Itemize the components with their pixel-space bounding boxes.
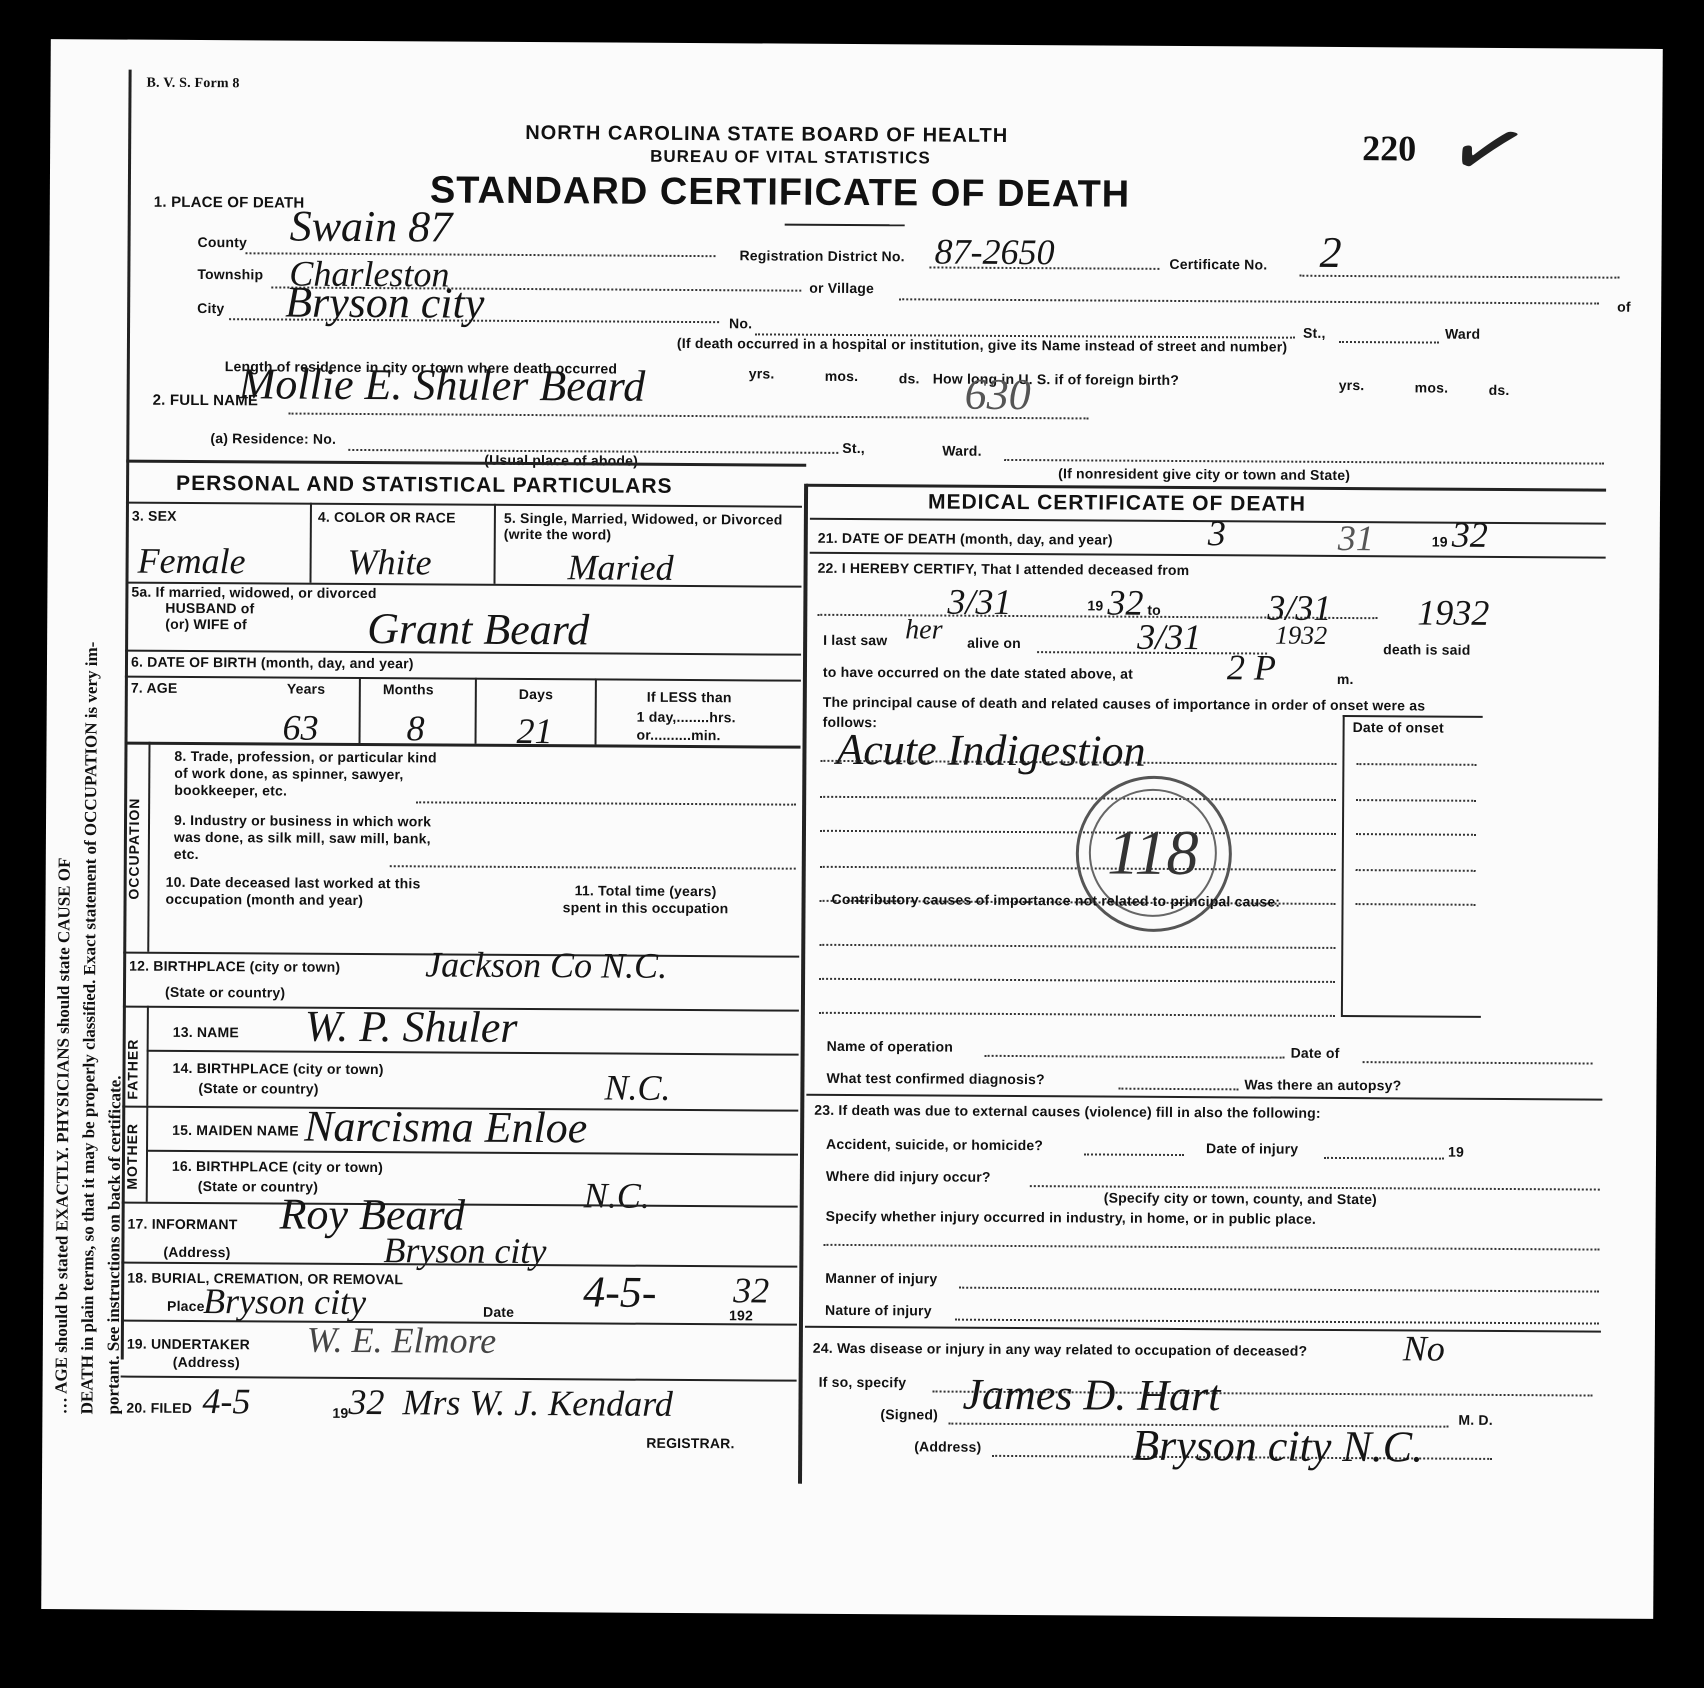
- marital-label: 5. Single, Married, Widowed, or Divorced…: [504, 510, 794, 544]
- full-name-code: 630: [965, 369, 1031, 420]
- onset-line-2: [1356, 799, 1476, 802]
- operation-date-label: Date of: [1291, 1045, 1340, 1061]
- last-saw-pronoun: her: [905, 614, 943, 646]
- section-rule-right: [806, 484, 1606, 492]
- external-causes-label: 23. If death was due to external causes …: [814, 1102, 1321, 1121]
- contrib-line-3: [819, 1012, 1335, 1017]
- burial-date-label: Date: [483, 1304, 514, 1320]
- birthplace-label: 12. BIRTHPLACE (city or town): [129, 958, 340, 975]
- date-of-death-day: 31: [1338, 517, 1374, 559]
- onset-line-1: [1356, 763, 1476, 766]
- section-rule-left: [126, 460, 806, 467]
- signed-label: (Signed): [880, 1406, 938, 1422]
- margin-instructions: … AGE should be stated EXACTLY. PHYSICIA…: [48, 641, 131, 1414]
- personal-section-header: PERSONAL AND STATISTICAL PARTICULARS: [176, 472, 673, 499]
- row-rule-23: [805, 1326, 1601, 1333]
- last-saw-year: 1932: [1275, 621, 1327, 651]
- ward-label: Ward: [1445, 326, 1480, 342]
- mother-vertical-label: MOTHER: [124, 1123, 140, 1190]
- attended-to-year: 1932: [1417, 591, 1489, 633]
- row-rule-6: [125, 676, 801, 682]
- page-title: STANDARD CERTIFICATE OF DEATH: [430, 169, 1131, 216]
- marital-value: Maried: [567, 546, 673, 589]
- date-of-death-year: 32: [1452, 514, 1488, 556]
- check-mark-icon: ✓: [1434, 88, 1541, 213]
- attended-from: 3/31: [947, 581, 1011, 623]
- accident-line: [1084, 1153, 1184, 1156]
- injury-date-line: [1324, 1157, 1444, 1160]
- onset-line-5: [1356, 903, 1476, 906]
- date-of-death-month: 3: [1208, 512, 1226, 554]
- father-side-rule: [146, 1006, 149, 1106]
- manner-label: Manner of injury: [825, 1270, 937, 1287]
- birthplace-state-label: (State or country): [165, 984, 285, 1001]
- death-certificate-document: … AGE should be stated EXACTLY. PHYSICIA…: [41, 39, 1663, 1619]
- cause-line-2: [820, 796, 1336, 801]
- age-less-day: 1 day,........hrs.: [637, 709, 736, 726]
- nature-line: [955, 1319, 1599, 1325]
- age-days-label: Days: [519, 686, 553, 702]
- injury-year-prefix: 19: [1448, 1144, 1464, 1160]
- father-name-label: 13. NAME: [173, 1024, 239, 1040]
- operation-label: Name of operation: [827, 1038, 953, 1055]
- burial-place-label: Place: [167, 1298, 205, 1314]
- operation-line: [985, 1055, 1285, 1059]
- mother-maiden-label: 15. MAIDEN NAME: [172, 1122, 299, 1139]
- form-id: B. V. S. Form 8: [146, 76, 239, 93]
- onset-col-rule: [1341, 715, 1345, 1015]
- autopsy-label: Was there an autopsy?: [1244, 1076, 1401, 1093]
- agency-name: NORTH CAROLINA STATE BOARD OF HEALTH: [525, 122, 1008, 148]
- residence-mos-label: mos.: [825, 368, 859, 384]
- if-so-label: If so, specify: [819, 1374, 907, 1391]
- test-line: [1118, 1088, 1238, 1091]
- undertaker-label: 19. UNDERTAKER: [127, 1336, 250, 1353]
- medical-section-header: MEDICAL CERTIFICATE OF DEATH: [928, 490, 1306, 516]
- birthplace-value: Jackson Co N.C.: [425, 943, 667, 986]
- date-of-onset-label: Date of onset: [1353, 719, 1444, 736]
- certify-label: 22. I HEREBY CERTIFY, That I attended de…: [818, 560, 1190, 578]
- race-col-rule: [493, 504, 495, 584]
- registration-district-label: Registration District No.: [739, 247, 904, 264]
- page-number: 220: [1362, 127, 1416, 169]
- injury-specify-label: Specify whether injury occurred in indus…: [826, 1208, 1317, 1227]
- foreign-mos-label: mos.: [1415, 379, 1449, 395]
- nonresident-note: (If nonresident give city or town and St…: [1058, 465, 1350, 483]
- spouse-label-3: (or) WIFE of: [165, 616, 247, 632]
- onset-line-3: [1356, 833, 1476, 836]
- attended-from-year-prefix: 19: [1087, 597, 1103, 613]
- dob-label: 6. DATE OF BIRTH (month, day, and year): [131, 654, 414, 672]
- sex-value: Female: [137, 540, 245, 583]
- principal-cause-value: Acute Indigestion: [836, 724, 1145, 777]
- occupation-side-rule: [147, 742, 150, 952]
- date-of-death-year-prefix: 19: [1432, 534, 1448, 550]
- mother-maiden-value: Narcisma Enloe: [304, 1101, 587, 1154]
- contrib-line-2: [819, 978, 1335, 983]
- test-label: What test confirmed diagnosis?: [826, 1070, 1044, 1087]
- filed-year-value: 32: [348, 1381, 384, 1423]
- mother-birthplace-value: N.C.: [584, 1174, 650, 1216]
- operation-date-line: [1363, 1061, 1593, 1064]
- registration-district-value: 87-2650: [934, 230, 1054, 273]
- total-time-label: 11. Total time (years) spent in this occ…: [555, 882, 735, 917]
- burial-date-value: 4-5-: [583, 1266, 657, 1317]
- last-worked-label: 10. Date deceased last worked at this oc…: [166, 874, 436, 910]
- time-value: 2 P: [1227, 646, 1276, 688]
- residence-ds-label: ds.: [899, 370, 920, 386]
- accident-label: Accident, suicide, or homicide?: [826, 1136, 1043, 1153]
- last-saw-date: 3/31: [1137, 616, 1201, 658]
- father-birthplace-state-label: (State or country): [198, 1080, 318, 1097]
- of-label: of: [1617, 299, 1631, 315]
- last-saw-label: I last saw: [823, 632, 887, 648]
- residence-yrs-label: yrs.: [749, 365, 775, 381]
- place-of-death-label: 1. PLACE OF DEATH: [154, 194, 305, 212]
- county-value: Swain 87: [290, 201, 453, 253]
- injury-where-label: Where did injury occur?: [826, 1168, 991, 1185]
- contributory-label: Contributory causes of importance not re…: [832, 890, 1352, 911]
- burial-place-value: Bryson city: [203, 1280, 366, 1323]
- trade-label: 8. Trade, profession, or particular kind…: [174, 748, 454, 801]
- village-line: [899, 298, 1599, 304]
- city-value: Bryson city: [285, 277, 484, 329]
- mother-side-rule: [146, 1106, 149, 1202]
- injury-where-note: (Specify city or town, county, and State…: [1104, 1190, 1377, 1208]
- title-underline: [785, 224, 905, 227]
- physician-signature: James D. Hart: [962, 1369, 1220, 1422]
- industry-label: 9. Industry or business in which work wa…: [174, 812, 444, 865]
- filed-date-value: 4-5: [202, 1380, 250, 1422]
- sex-col-rule: [309, 503, 311, 583]
- md-label: M. D.: [1458, 1412, 1493, 1428]
- manner-line: [959, 1287, 1599, 1293]
- burial-year-value: 32: [733, 1269, 769, 1311]
- registrar-signature: Mrs W. J. Kendard: [402, 1381, 673, 1425]
- certificate-no-value: 2: [1319, 227, 1341, 278]
- spouse-label-2: HUSBAND of: [165, 600, 254, 617]
- sex-label: 3. SEX: [132, 508, 177, 524]
- contrib-line-1: [819, 944, 1335, 949]
- filed-year-prefix: 19: [332, 1405, 348, 1421]
- center-divider: [798, 484, 808, 1484]
- occurred-at-label: to have occurred on the date stated abov…: [823, 664, 1133, 682]
- county-label: County: [198, 234, 248, 250]
- industry-line: [390, 865, 796, 869]
- physician-address-value: Bryson city N.C.: [1132, 1420, 1423, 1473]
- injury-date-label: Date of injury: [1206, 1140, 1298, 1157]
- street-no-label: No.: [729, 315, 752, 331]
- onset-line-4: [1356, 869, 1476, 872]
- township-label: Township: [197, 266, 263, 282]
- residence-ward-label: Ward.: [942, 443, 981, 459]
- nature-label: Nature of injury: [825, 1302, 932, 1319]
- race-value: White: [347, 541, 431, 584]
- informant-address-label: (Address): [163, 1244, 230, 1260]
- full-name-value: Mollie E. Shuler Beard: [239, 358, 646, 411]
- onset-col-bottom: [1341, 1015, 1481, 1018]
- city-label: City: [197, 300, 224, 316]
- age-col-1: [359, 677, 361, 743]
- or-village-label: or Village: [809, 280, 874, 296]
- father-birthplace-value: N.C.: [604, 1066, 670, 1108]
- alive-on-label: alive on: [967, 635, 1021, 651]
- death-said-label: death is said: [1383, 641, 1471, 658]
- physician-address-label: (Address): [914, 1438, 981, 1454]
- certificate-line: [1299, 275, 1619, 279]
- father-vertical-label: FATHER: [124, 1039, 140, 1100]
- residence-ward-line: [1004, 459, 1604, 465]
- undertaker-value: W. E. Elmore: [307, 1319, 497, 1362]
- mother-birthplace-label: 16. BIRTHPLACE (city or town): [172, 1158, 383, 1175]
- age-col-3: [595, 678, 597, 744]
- age-label: 7. AGE: [131, 680, 178, 696]
- foreign-yrs-label: yrs.: [1339, 377, 1365, 393]
- ward-line: [1339, 341, 1439, 344]
- age-less-min: or..........min.: [637, 727, 721, 744]
- filed-label: 20. FILED: [126, 1400, 192, 1416]
- foreign-ds-label: ds.: [1489, 382, 1510, 398]
- registrar-label: REGISTRAR.: [646, 1435, 734, 1452]
- residence-st-label: St.,: [842, 440, 865, 456]
- street-st-label: St.,: [1303, 325, 1326, 341]
- occupation-vertical-label: OCCUPATION: [126, 798, 143, 900]
- age-less-label: If LESS than: [647, 689, 732, 706]
- hospital-note: (If death occurred in a hospital or inst…: [677, 335, 1287, 355]
- row-rule-22: [806, 1094, 1602, 1101]
- father-birthplace-label: 14. BIRTHPLACE (city or town): [172, 1060, 383, 1077]
- time-suffix: m.: [1337, 671, 1354, 687]
- injury-specify-line: [823, 1244, 1599, 1251]
- spouse-label-1: 5a. If married, widowed, or divorced: [131, 584, 376, 601]
- usual-abode-note: (Usual place of abode): [484, 452, 638, 469]
- personal-header-rule: [126, 502, 802, 508]
- informant-label: 17. INFORMANT: [128, 1216, 238, 1233]
- residence-no-label: (a) Residence: No.: [210, 430, 336, 447]
- father-name-value: W. P. Shuler: [305, 1001, 518, 1053]
- undertaker-address-label: (Address): [173, 1354, 240, 1370]
- bureau-name: BUREAU OF VITAL STATISTICS: [650, 147, 931, 169]
- age-col-2: [475, 678, 477, 744]
- spouse-value: Grant Beard: [367, 603, 589, 655]
- occupation-related-label: 24. Was disease or injury in any way rel…: [813, 1340, 1308, 1359]
- trade-line: [416, 801, 796, 805]
- age-months-label: Months: [383, 681, 434, 697]
- certificate-no-label: Certificate No.: [1169, 256, 1267, 273]
- race-label: 4. COLOR OR RACE: [318, 509, 456, 526]
- age-years-label: Years: [287, 681, 325, 697]
- occupation-related-value: No: [1403, 1327, 1445, 1369]
- date-of-death-label: 21. DATE OF DEATH (month, day, and year): [818, 530, 1113, 548]
